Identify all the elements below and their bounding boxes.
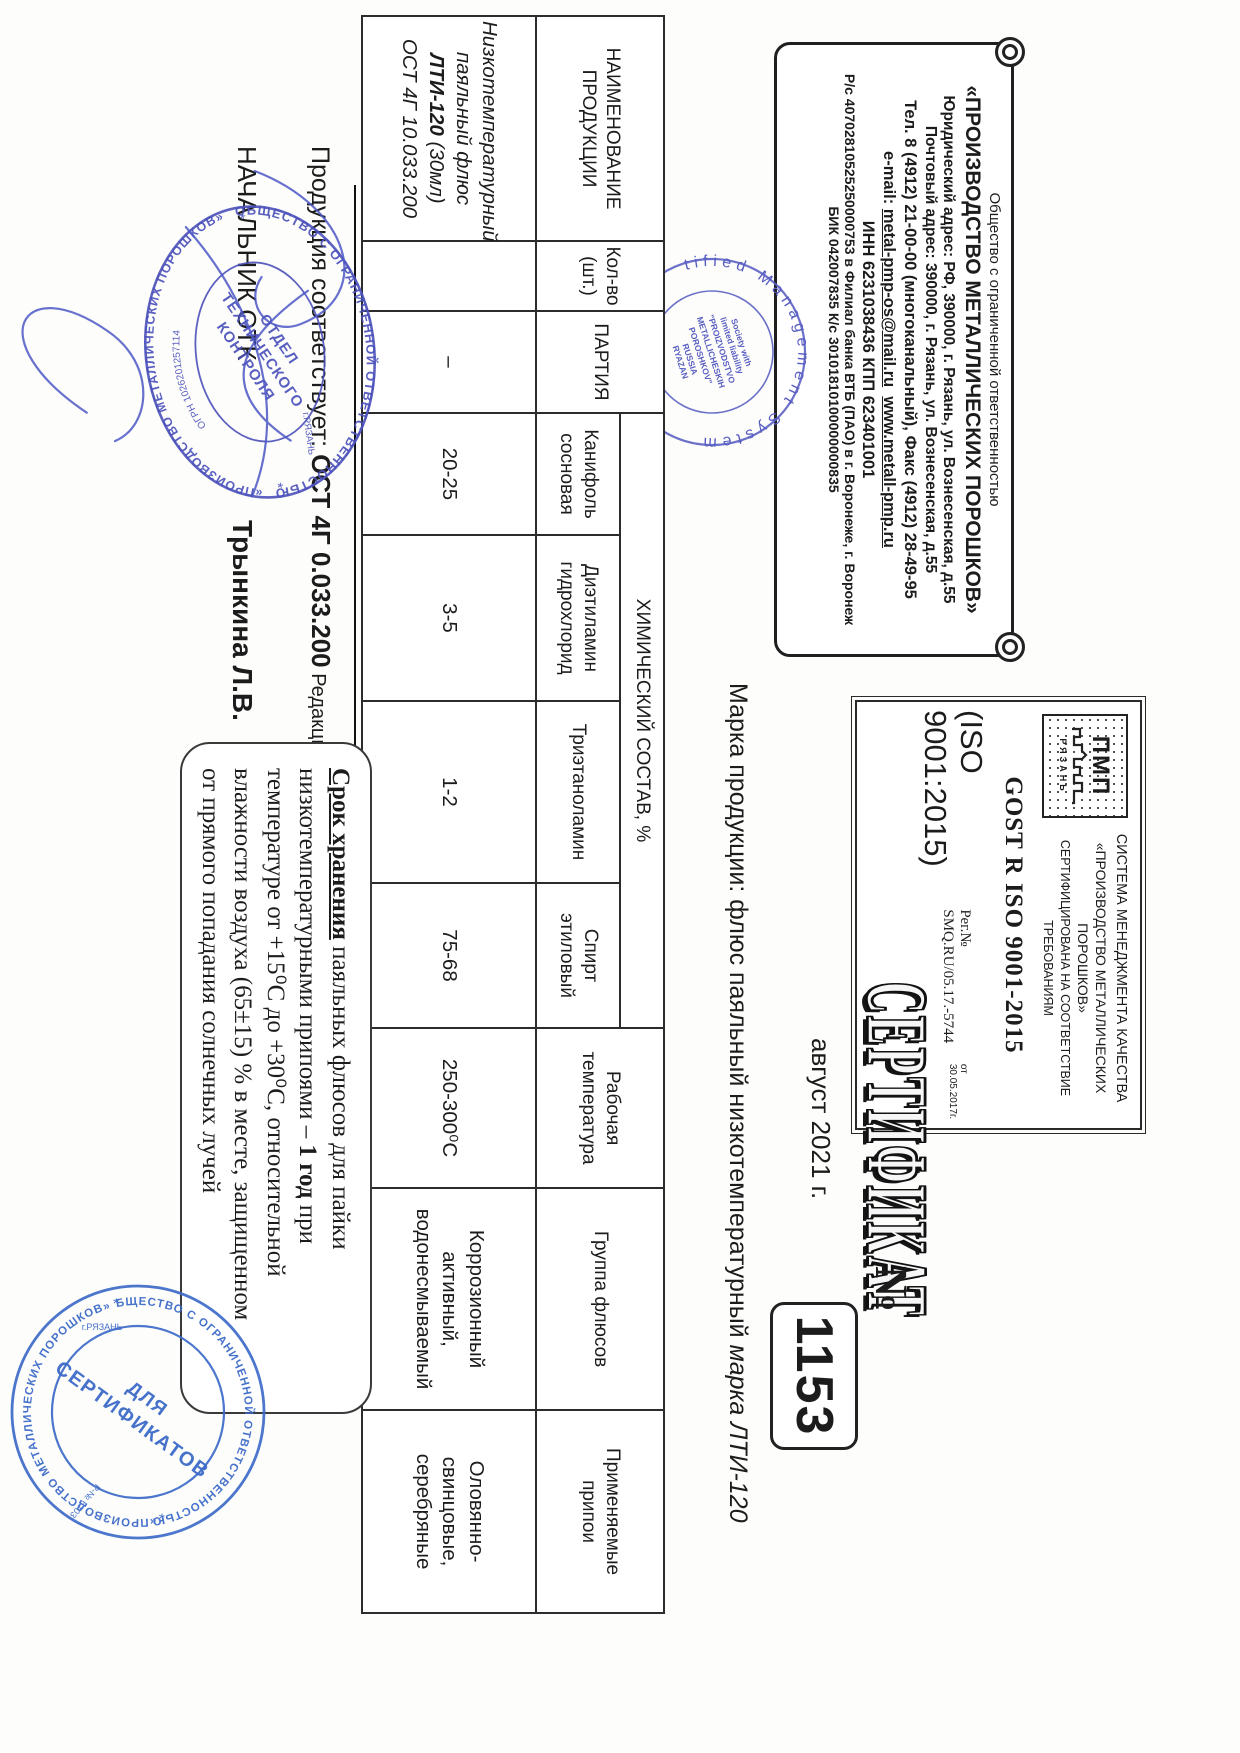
table-row: Низкотемпературный паяльный флюс ЛТИ-120… [362,16,536,1613]
pmp-logo: ПМП РЯЗАНЬ [1042,714,1128,818]
certificate-date: август 2021 г. [805,1038,836,1199]
letterhead-ooo-line: Общество с ограниченной ответственностью [986,55,1003,644]
col-header-triethanolamine: Триэтаноламин [536,701,620,883]
storage-lead: Срок хранения [327,768,354,940]
number-sign: № [865,1266,918,1312]
kremlin-wall-icon [1070,727,1088,805]
gost-standard: GOST R ISO 9001-2015 [999,710,1027,1120]
col-header-flux-group: Группа флюсов [536,1188,664,1410]
otk-star: * [231,212,249,220]
website-url: www.metall-pmp.ru [880,396,898,548]
cs-city: г.РЯЗАНЬ [82,1322,123,1332]
company-name: «ПРОИЗВОДСТВО МЕТАЛЛИЧЕСКИХ ПОРОШКОВ» [960,55,984,644]
product-standard: ОСТ 4Г 10.033.200 [398,39,421,218]
col-header-batch: ПАРТИЯ [536,311,664,413]
cell-diethylamine: 3-5 [362,535,536,701]
product-name: Низкотемпературный паяльный флюс [452,21,502,242]
cell-triethanolamine: 1-2 [362,701,536,883]
qc-chief-name: Трынкина Л.В. [226,520,258,721]
product-mark-label: Марка продукции: флюс паяльный низкотемп… [724,683,752,1345]
certificate-number-box: 1153 [770,1302,858,1450]
storage-line3: температуре от +15⁰С до +30⁰С, относител… [262,768,289,1277]
col-header-alcohol: Спирт этиловый [536,883,620,1028]
otk-stamp-icon: ОБЩЕСТВО С ОГРАНИЧЕННОЙ ОТВЕТСТВЕННОСТЬЮ… [98,164,423,540]
product-mark-value: марка ЛТИ-120 [724,1345,752,1523]
product-mark-line: Марка продукции: флюс паяльный низкотемп… [723,683,752,1523]
storage-line1: паяльных флюсов для пайки [327,940,354,1250]
legal-address: Юридический адрес: РФ, 390000, г. Рязань… [939,55,957,644]
storage-line5: от прямого попадания солнечных лучей [197,768,224,1193]
storage-line4: влажности воздуха (65±15) % в месте, защ… [230,768,257,1320]
cell-temp: 250-300⁰С [362,1028,536,1188]
email-website-line: e-mail: metal-pmp-os@mail.ru www.metall-… [879,55,898,644]
iso-line-3: СЕРТИФИЦИРОВАНА НА СООТВЕТСТВИЕ ТРЕБОВАН… [1039,816,1073,1120]
email-address: metal-pmp-os@mail.ru [880,209,898,387]
bank-account: Р/с 40702810525250000753 в Филиал банка … [842,55,858,644]
storage-duration: 1 год [295,1145,322,1199]
col-header-qty: Кол-во (шт.) [536,241,664,311]
otk-city: г.РЯЗАНЬ [300,412,317,456]
col-header-solders: Применяемые припои [536,1410,664,1613]
certificate-number: 1153 [784,1316,844,1437]
product-volume: (30мл) [425,136,448,204]
product-spec-table: НАИМЕНОВАНИЕ ПРОДУКЦИИ Кол-во (шт.) ПАРТ… [361,15,665,1614]
scanned-certificate-page: Общество с ограниченной ответственностью… [0,0,1240,1753]
bik-line: БИК 042007835 К/с 30101810100000000835 [826,55,842,644]
cell-product-name: Низкотемпературный паяльный флюс ЛТИ-120… [362,16,536,241]
col-header-temp: Рабочая температура [536,1028,664,1188]
certificate-title-row: СЕРТИФИКАТ [854,982,940,1654]
iso-line-1: СИСТЕМА МЕНЕДЖМЕНТА КАЧЕСТВА [1110,816,1130,1120]
iso-standard: (ISO 9001:2015) [917,710,989,899]
cell-solders: Оловянно-свинцовые, серебряные [362,1410,536,1613]
pmp-logo-city: РЯЗАНЬ [1058,738,1068,793]
iso-reg-date: от 30.05.2017г. [947,1064,969,1120]
product-mark: ЛТИ-120 [425,53,448,135]
email-label: e-mail: [880,151,898,204]
col-header-diethylamine: Диэтиламин гидрохлорид [536,535,620,701]
otk-ogrn: ОГРН 1026201257114 [168,326,209,433]
cs-center-2: СЕРТИФИКАТОВ [51,1357,213,1483]
svg-text:ОГРН 1026201257114: ОГРН 1026201257114 [168,326,209,433]
storage-line2a: низкотемпературными припоями – [295,768,322,1145]
col-header-product: НАИМЕНОВАНИЕ ПРОДУКЦИИ [536,16,664,241]
storage-line2b: при [295,1198,322,1244]
col-group-chemical: ХИМИЧЕСКИЙ СОСТАВ, % [620,413,664,1028]
col-header-rosin: Канифоль сосновая [536,413,620,535]
cell-flux-group: Коррозионный активный, водонесмываемый [362,1188,536,1410]
pmp-logo-text: ПМП [1088,736,1112,797]
iso-line-2: «ПРОИЗВОДСТВО МЕТАЛЛИЧЕСКИХ ПОРОШКОВ» [1073,816,1111,1120]
postal-address: Почтовый адрес: 390000, г. Рязань, ул. В… [921,55,939,644]
inn-kpp: ИНН 6231038436 КПП 623401001 [858,55,877,644]
cell-alcohol: 75-68 [362,883,536,1028]
phone-fax: Тел. 8 (4912) 21-00-00 (многоканальный),… [900,55,919,644]
certificate-document: Общество с ограниченной ответственностью… [0,0,1240,1753]
